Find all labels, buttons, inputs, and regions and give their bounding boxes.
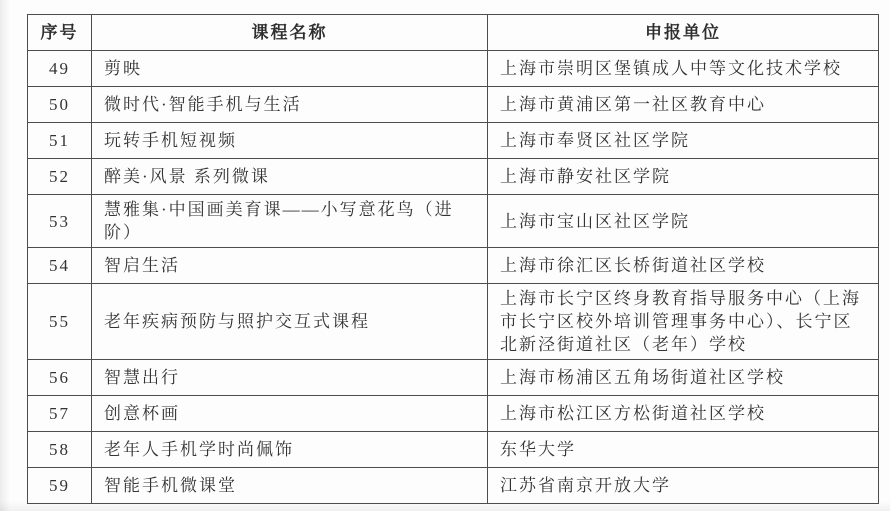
unit-name: 上海市宝山区社区学院 [488, 195, 879, 248]
course-name: 智慧出行 [92, 360, 488, 396]
table-row: 56智慧出行上海市杨浦区五角场街道社区学校 [28, 360, 879, 396]
row-number: 59 [28, 468, 92, 504]
header-no: 序号 [28, 15, 92, 51]
course-name: 智启生活 [92, 248, 488, 284]
scan-shadow-left [0, 0, 10, 511]
unit-name: 上海市静安社区学院 [488, 159, 879, 195]
course-name: 慧雅集·中国画美育课——小写意花鸟（进阶） [92, 195, 488, 248]
unit-name: 上海市黄浦区第一社区教育中心 [488, 87, 879, 123]
table-row: 55老年疾病预防与照护交互式课程上海市长宁区终身教育指导服务中心（上海市长宁区校… [28, 284, 879, 360]
row-number: 57 [28, 396, 92, 432]
course-table: 序号 课程名称 申报单位 49剪映上海市崇明区堡镇成人中等文化技术学校50微时代… [27, 14, 879, 504]
table-row: 51玩转手机短视频上海市奉贤区社区学院 [28, 123, 879, 159]
table-row: 57创意杯画上海市松江区方松街道社区学校 [28, 396, 879, 432]
table-row: 59智能手机微课堂江苏省南京开放大学 [28, 468, 879, 504]
row-number: 54 [28, 248, 92, 284]
table-row: 50微时代·智能手机与生活上海市黄浦区第一社区教育中心 [28, 87, 879, 123]
header-course-name: 课程名称 [92, 15, 488, 51]
unit-name: 东华大学 [488, 432, 879, 468]
row-number: 53 [28, 195, 92, 248]
unit-name: 上海市长宁区终身教育指导服务中心（上海市长宁区校外培训管理事务中心）、长宁区北新… [488, 284, 879, 360]
row-number: 50 [28, 87, 92, 123]
unit-name: 上海市杨浦区五角场街道社区学校 [488, 360, 879, 396]
row-number: 51 [28, 123, 92, 159]
row-number: 58 [28, 432, 92, 468]
course-name: 创意杯画 [92, 396, 488, 432]
unit-name: 上海市徐汇区长桥街道社区学校 [488, 248, 879, 284]
unit-name: 江苏省南京开放大学 [488, 468, 879, 504]
row-number: 52 [28, 159, 92, 195]
course-name: 剪映 [92, 51, 488, 87]
row-number: 49 [28, 51, 92, 87]
course-name: 玩转手机短视频 [92, 123, 488, 159]
document-page: 序号 课程名称 申报单位 49剪映上海市崇明区堡镇成人中等文化技术学校50微时代… [0, 0, 890, 511]
table-row: 53慧雅集·中国画美育课——小写意花鸟（进阶）上海市宝山区社区学院 [28, 195, 879, 248]
table-row: 52醉美·风景 系列微课上海市静安社区学院 [28, 159, 879, 195]
header-row: 序号 课程名称 申报单位 [28, 15, 879, 51]
course-name: 智能手机微课堂 [92, 468, 488, 504]
table-row: 49剪映上海市崇明区堡镇成人中等文化技术学校 [28, 51, 879, 87]
course-name: 醉美·风景 系列微课 [92, 159, 488, 195]
row-number: 56 [28, 360, 92, 396]
course-name: 微时代·智能手机与生活 [92, 87, 488, 123]
table-body: 49剪映上海市崇明区堡镇成人中等文化技术学校50微时代·智能手机与生活上海市黄浦… [28, 51, 879, 504]
unit-name: 上海市崇明区堡镇成人中等文化技术学校 [488, 51, 879, 87]
table-row: 54智启生活上海市徐汇区长桥街道社区学校 [28, 248, 879, 284]
course-name: 老年疾病预防与照护交互式课程 [92, 284, 488, 360]
course-name: 老年人手机学时尚佩饰 [92, 432, 488, 468]
unit-name: 上海市奉贤区社区学院 [488, 123, 879, 159]
header-unit: 申报单位 [488, 15, 879, 51]
unit-name: 上海市松江区方松街道社区学校 [488, 396, 879, 432]
table-row: 58老年人手机学时尚佩饰东华大学 [28, 432, 879, 468]
row-number: 55 [28, 284, 92, 360]
